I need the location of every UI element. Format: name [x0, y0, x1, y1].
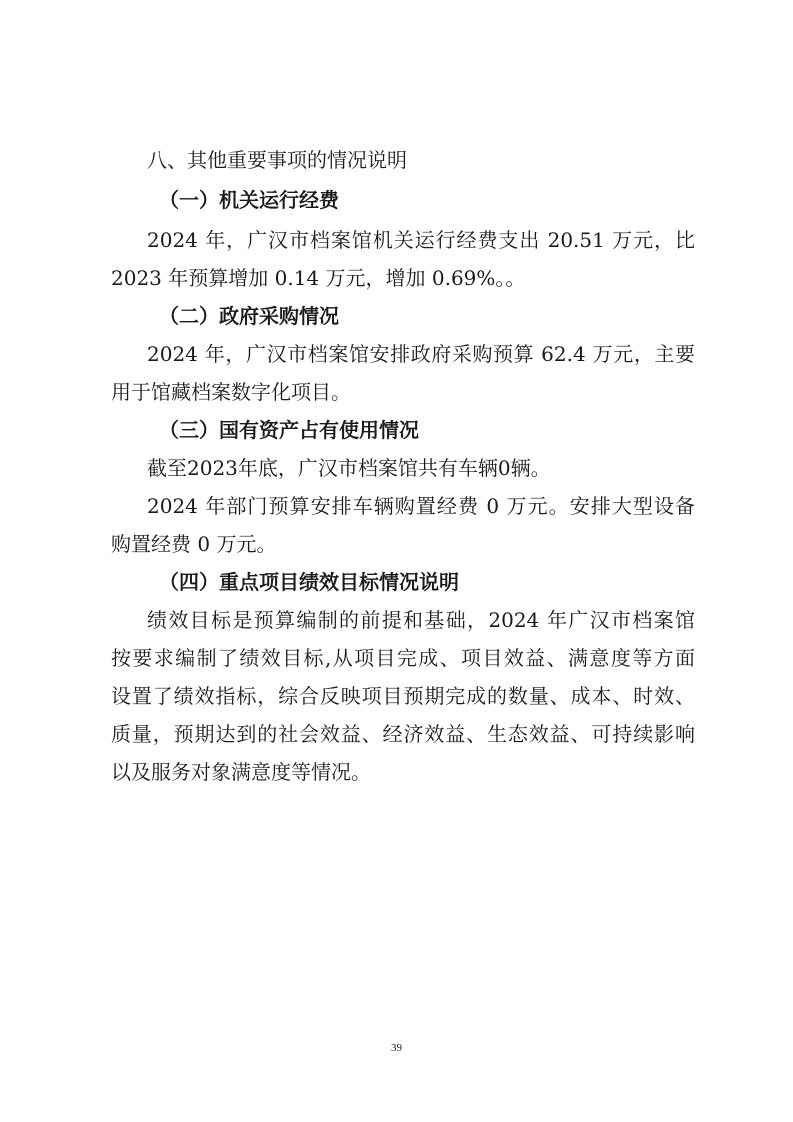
paragraph-line: 2024 年，广汉市档案馆安排政府采购预算 62.4 万元，主要: [147, 342, 695, 366]
paragraph-line: 购置经费 0 万元。: [111, 532, 276, 556]
paragraph-line: 按要求编制了绩效目标,从项目完成、项目效益、满意度等方面: [111, 646, 695, 670]
paragraph-line: 截至2023年底，广汉市档案馆共有车辆0辆。: [147, 456, 551, 480]
paragraph-line: 设置了绩效指标，综合反映项目预期完成的数量、成本、时效、: [111, 684, 695, 708]
subsection-heading-4: （四）重点项目绩效目标情况说明: [159, 570, 459, 594]
paragraph-line: 2024 年，广汉市档案馆机关运行经费支出 20.51 万元，比: [147, 228, 695, 252]
paragraph-line: 2024 年部门预算安排车辆购置经费 0 万元。安排大型设备: [147, 494, 695, 518]
subsection-heading-3: （三）国有资产占有使用情况: [159, 418, 419, 442]
page-number: 39: [0, 1042, 793, 1054]
paragraph-line: 质量，预期达到的社会效益、经济效益、生态效益、可持续影响: [111, 722, 695, 746]
section-title: 八、其他重要事项的情况说明: [147, 148, 407, 172]
paragraph-line: 绩效目标是预算编制的前提和基础，2024 年广汉市档案馆: [147, 608, 695, 632]
paragraph-line: 用于馆藏档案数字化项目。: [111, 380, 351, 404]
paragraph-line: 2023 年预算增加 0.14 万元，增加 0.69%。。: [111, 266, 525, 290]
document-page: 八、其他重要事项的情况说明 （一）机关运行经费 2024 年，广汉市档案馆机关运…: [0, 0, 793, 1122]
subsection-heading-2: （二）政府采购情况: [159, 304, 339, 328]
subsection-heading-1: （一）机关运行经费: [159, 188, 339, 212]
paragraph-line: 以及服务对象满意度等情况。: [111, 760, 371, 784]
